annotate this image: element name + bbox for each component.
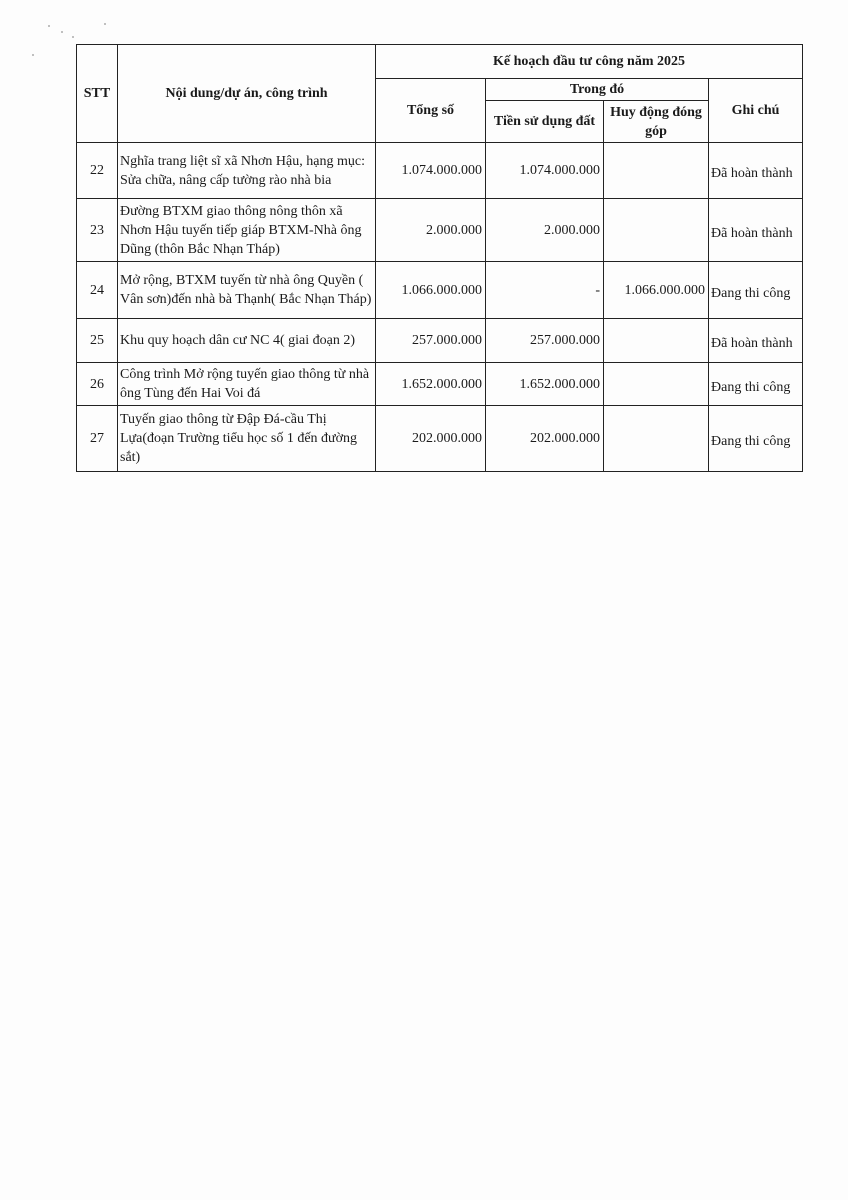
- table-row: 27 Tuyến giao thông từ Đập Đá-cầu Thị Lự…: [77, 406, 803, 472]
- cell-contribution: [604, 143, 709, 199]
- cell-content: Tuyến giao thông từ Đập Đá-cầu Thị Lựa(đ…: [118, 406, 376, 472]
- cell-note: Đang thi công: [709, 262, 803, 319]
- cell-total: 1.074.000.000: [376, 143, 486, 199]
- scan-speck: [48, 25, 50, 27]
- cell-note: Đã hoàn thành: [709, 199, 803, 262]
- header-plan-2025: Kế hoạch đầu tư công năm 2025: [376, 45, 803, 79]
- header-total: Tổng số: [376, 79, 486, 143]
- investment-plan-table: STT Nội dung/dự án, công trình Kế hoạch …: [76, 44, 803, 472]
- scan-speck: [104, 23, 106, 25]
- cell-total: 202.000.000: [376, 406, 486, 472]
- cell-note: Đã hoàn thành: [709, 319, 803, 363]
- cell-stt: 23: [77, 199, 118, 262]
- cell-note: Đang thi công: [709, 406, 803, 472]
- cell-land-use-fee: 257.000.000: [486, 319, 604, 363]
- cell-content: Đường BTXM giao thông nông thôn xã Nhơn …: [118, 199, 376, 262]
- table-row: 23 Đường BTXM giao thông nông thôn xã Nh…: [77, 199, 803, 262]
- cell-total: 1.652.000.000: [376, 363, 486, 406]
- cell-content: Nghĩa trang liệt sĩ xã Nhơn Hậu, hạng mụ…: [118, 143, 376, 199]
- header-note: Ghi chú: [709, 79, 803, 143]
- cell-note: Đã hoàn thành: [709, 143, 803, 199]
- table-row: 22 Nghĩa trang liệt sĩ xã Nhơn Hậu, hạng…: [77, 143, 803, 199]
- header-content: Nội dung/dự án, công trình: [118, 45, 376, 143]
- cell-total: 257.000.000: [376, 319, 486, 363]
- header-contribution: Huy động đóng góp: [604, 101, 709, 143]
- cell-contribution: [604, 199, 709, 262]
- cell-content: Công trình Mở rộng tuyến giao thông từ n…: [118, 363, 376, 406]
- cell-note: Đang thi công: [709, 363, 803, 406]
- cell-contribution: [604, 363, 709, 406]
- cell-land-use-fee: 202.000.000: [486, 406, 604, 472]
- cell-stt: 24: [77, 262, 118, 319]
- cell-land-use-fee: 1.652.000.000: [486, 363, 604, 406]
- header-stt: STT: [77, 45, 118, 143]
- cell-land-use-fee: -: [486, 262, 604, 319]
- table-row: 25 Khu quy hoạch dân cư NC 4( giai đoạn …: [77, 319, 803, 363]
- table-row: 24 Mở rộng, BTXM tuyến từ nhà ông Quyền …: [77, 262, 803, 319]
- scan-speck: [61, 31, 63, 33]
- scan-speck: [32, 54, 34, 56]
- header-of-which: Trong đó: [486, 79, 709, 101]
- scan-speck: [72, 36, 74, 38]
- table-row: 26 Công trình Mở rộng tuyến giao thông t…: [77, 363, 803, 406]
- cell-contribution: [604, 319, 709, 363]
- cell-land-use-fee: 2.000.000: [486, 199, 604, 262]
- header-land-use-fee: Tiền sử dụng đất: [486, 101, 604, 143]
- cell-total: 2.000.000: [376, 199, 486, 262]
- cell-content: Khu quy hoạch dân cư NC 4( giai đoạn 2): [118, 319, 376, 363]
- cell-stt: 22: [77, 143, 118, 199]
- cell-content: Mở rộng, BTXM tuyến từ nhà ông Quyền ( V…: [118, 262, 376, 319]
- cell-total: 1.066.000.000: [376, 262, 486, 319]
- cell-stt: 26: [77, 363, 118, 406]
- cell-contribution: 1.066.000.000: [604, 262, 709, 319]
- cell-contribution: [604, 406, 709, 472]
- cell-stt: 27: [77, 406, 118, 472]
- cell-stt: 25: [77, 319, 118, 363]
- cell-land-use-fee: 1.074.000.000: [486, 143, 604, 199]
